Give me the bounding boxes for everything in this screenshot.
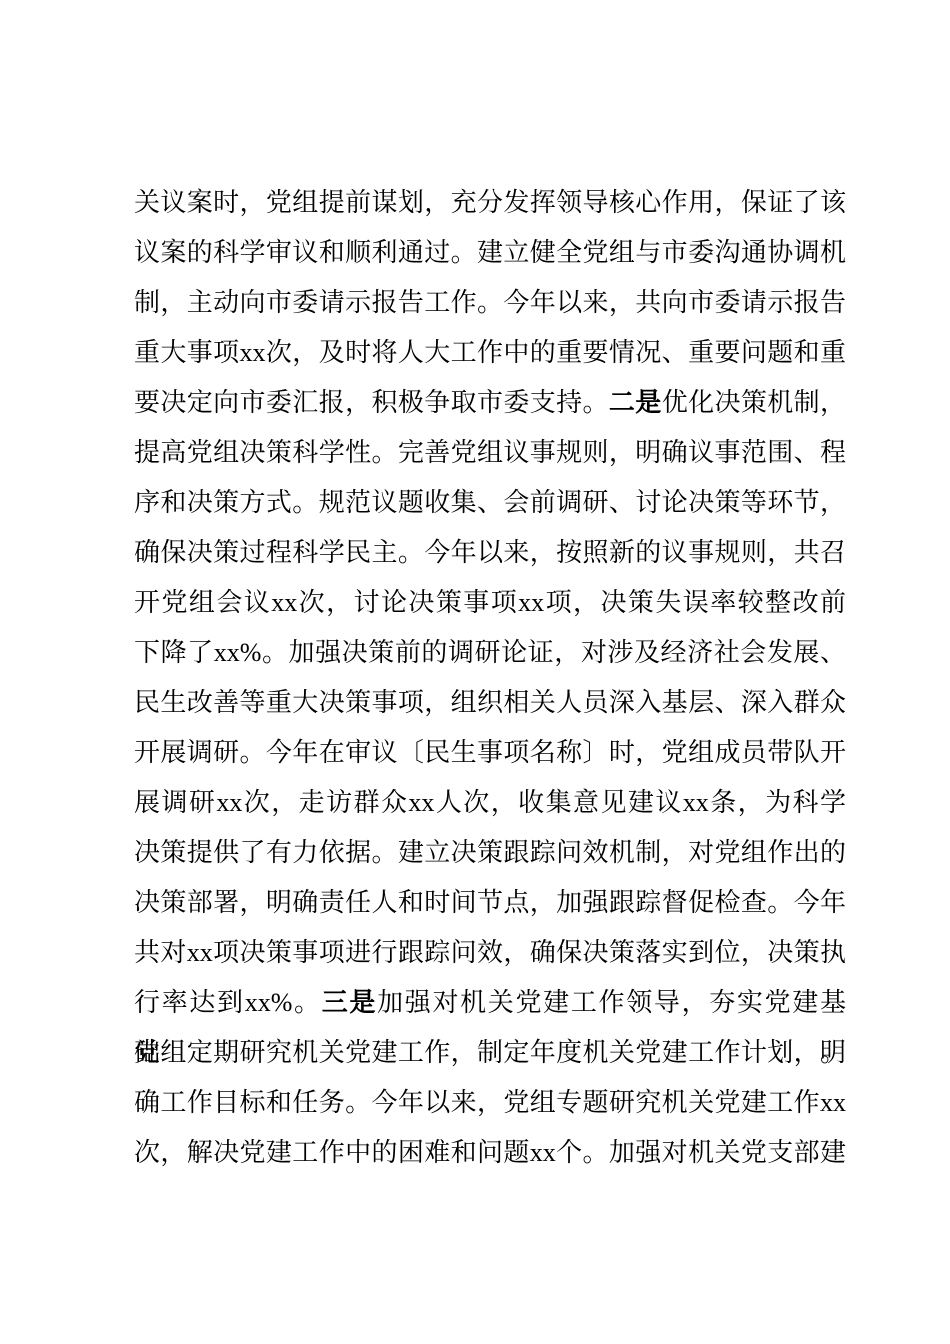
text-line: 决策部署，明确责任人和时间节点，加强跟踪督促检查。今年 xyxy=(134,878,846,928)
text-run: 展调研xx次，走访群众xx人次，收集意见建议xx条，为科学 xyxy=(134,788,846,817)
text-run: 要决定向市委汇报，积极争取市委支持。 xyxy=(134,388,609,417)
text-run: 决策部署，明确责任人和时间节点，加强跟踪督促检查。今年 xyxy=(134,888,846,917)
text-run: 行率达到xx%。 xyxy=(134,988,322,1017)
text-line: 确保决策过程科学民主。今年以来，按照新的议事规则，共召 xyxy=(134,528,846,578)
text-run: 开展调研。今年在审议〔民生事项名称〕时，党组成员带队开 xyxy=(134,738,846,767)
text-line: 党组定期研究机关党建工作，制定年度机关党建工作计划，明 xyxy=(134,1028,846,1078)
text-line: 关议案时，党组提前谋划，充分发挥领导核心作用，保证了该 xyxy=(134,178,846,228)
text-line: 下降了xx%。加强决策前的调研论证，对涉及经济社会发展、 xyxy=(134,628,846,678)
text-line: 行率达到xx%。三是加强对机关党建工作领导，夯实党建基础。 xyxy=(134,978,846,1028)
text-run: 议案的科学审议和顺利通过。建立健全党组与市委沟通协调机 xyxy=(134,238,846,267)
text-line: 开展调研。今年在审议〔民生事项名称〕时，党组成员带队开 xyxy=(134,728,846,778)
text-line: 民生改善等重大决策事项，组织相关人员深入基层、深入群众 xyxy=(134,678,846,728)
text-run: 关议案时，党组提前谋划，充分发挥领导核心作用，保证了该 xyxy=(134,188,846,217)
text-run: 确工作目标和任务。今年以来，党组专题研究机关党建工作xx xyxy=(134,1088,846,1117)
text-block: 关议案时，党组提前谋划，充分发挥领导核心作用，保证了该议案的科学审议和顺利通过。… xyxy=(134,178,846,1178)
text-line: 序和决策方式。规范议题收集、会前调研、讨论决策等环节， xyxy=(134,478,846,528)
text-run: 提高党组决策科学性。完善党组议事规则，明确议事范围、程 xyxy=(134,438,846,467)
text-line: 开党组会议xx次，讨论决策事项xx项，决策失误率较整改前 xyxy=(134,578,846,628)
text-run: 民生改善等重大决策事项，组织相关人员深入基层、深入群众 xyxy=(134,688,846,717)
text-run: 确保决策过程科学民主。今年以来，按照新的议事规则，共召 xyxy=(134,538,846,567)
text-run: 序和决策方式。规范议题收集、会前调研、讨论决策等环节， xyxy=(134,488,846,517)
text-line: 要决定向市委汇报，积极争取市委支持。二是优化决策机制， xyxy=(134,378,846,428)
text-line: 决策提供了有力依据。建立决策跟踪问效机制，对党组作出的 xyxy=(134,828,846,878)
text-run: 共对xx项决策事项进行跟踪问效，确保决策落实到位，决策执 xyxy=(134,938,846,967)
text-line: 展调研xx次，走访群众xx人次，收集意见建议xx条，为科学 xyxy=(134,778,846,828)
text-line: 重大事项xx次，及时将人大工作中的重要情况、重要问题和重 xyxy=(134,328,846,378)
text-run: 党组定期研究机关党建工作，制定年度机关党建工作计划，明 xyxy=(134,1038,846,1067)
text-run: 开党组会议xx次，讨论决策事项xx项，决策失误率较整改前 xyxy=(134,588,846,617)
text-run: 优化决策机制， xyxy=(662,388,846,417)
text-run: 决策提供了有力依据。建立决策跟踪问效机制，对党组作出的 xyxy=(134,838,846,867)
text-line: 确工作目标和任务。今年以来，党组专题研究机关党建工作xx xyxy=(134,1078,846,1128)
text-run: 次，解决党建工作中的困难和问题xx个。加强对机关党支部建 xyxy=(134,1138,846,1167)
text-line: 共对xx项决策事项进行跟踪问效，确保决策落实到位，决策执 xyxy=(134,928,846,978)
document-page: 关议案时，党组提前谋划，充分发挥领导核心作用，保证了该议案的科学审议和顺利通过。… xyxy=(0,0,950,1344)
bold-text-run: 三是 xyxy=(322,988,377,1017)
text-run: 下降了xx%。加强决策前的调研论证，对涉及经济社会发展、 xyxy=(134,638,846,667)
text-line: 提高党组决策科学性。完善党组议事规则，明确议事范围、程 xyxy=(134,428,846,478)
text-line: 制，主动向市委请示报告工作。今年以来，共向市委请示报告 xyxy=(134,278,846,328)
text-line: 次，解决党建工作中的困难和问题xx个。加强对机关党支部建 xyxy=(134,1128,846,1178)
bold-text-run: 二是 xyxy=(609,388,662,417)
text-run: 制，主动向市委请示报告工作。今年以来，共向市委请示报告 xyxy=(134,288,846,317)
text-line: 议案的科学审议和顺利通过。建立健全党组与市委沟通协调机 xyxy=(134,228,846,278)
text-run: 重大事项xx次，及时将人大工作中的重要情况、重要问题和重 xyxy=(134,338,846,367)
